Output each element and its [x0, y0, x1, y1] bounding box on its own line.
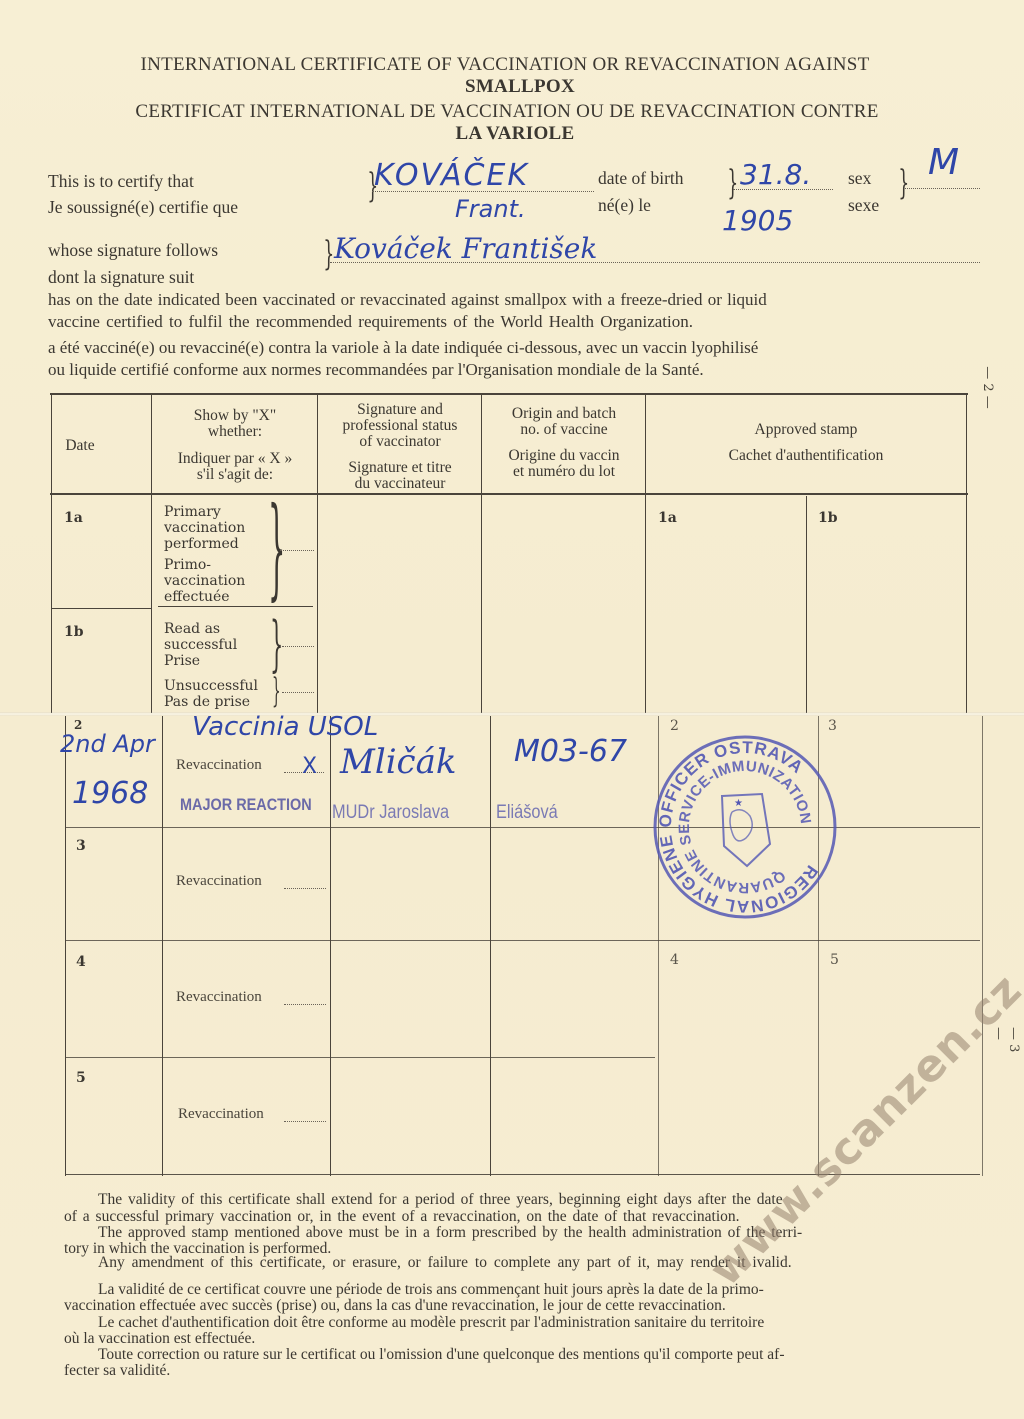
dob-year-value: 1905: [722, 204, 793, 237]
primary-vaccination-label-fr: Primo- vaccination effectuée: [164, 557, 245, 605]
header-origin-en-1: Origin and batch: [482, 406, 646, 422]
sex-label-fr: sexe: [848, 195, 879, 216]
stamp-box-5-label: 5: [830, 952, 839, 968]
header-origin-fr-2: et numéro du lot: [482, 464, 646, 480]
read-successful-label: Read as successful Prise: [164, 621, 237, 669]
note-fr-3b: fecter sa validité.: [64, 1362, 170, 1380]
watermark: www.scanzen.cz: [700, 964, 1024, 1296]
paper-fold: [0, 712, 1024, 716]
dob-label-en: date of birth: [598, 168, 684, 189]
signature-label-fr: dont la signature suit: [48, 267, 194, 288]
certify-label-fr: Je soussigné(e) certifie que: [48, 197, 238, 218]
header-show-fr-2: s'il s'agit de:: [152, 467, 318, 483]
dob-label-fr: né(e) le: [598, 195, 651, 216]
row-2-vaccine-note: Vaccinia USOL: [192, 712, 378, 742]
svg-text:★: ★: [734, 798, 743, 809]
row-4-number: 4: [76, 954, 86, 970]
unsuccessful-label: Unsuccessful Pas de prise: [164, 678, 258, 710]
row-3-revaccination-label: Revaccination: [176, 873, 262, 890]
note-en-1a: The validity of this certificate shall e…: [98, 1191, 783, 1209]
note-fr-1b: vaccination effectuée avec succès (prise…: [64, 1297, 726, 1315]
vaccinator-name-stamp-1: MUDr Jaroslava: [332, 802, 449, 824]
header-show-fr-1: Indiquer par « X »: [152, 451, 318, 467]
holder-signature: Kováček František: [334, 232, 597, 265]
stamp-box-1a-label: 1a: [658, 510, 677, 526]
title-english-line1: INTERNATIONAL CERTIFICATE OF VACCINATION…: [0, 54, 1010, 76]
row-5-mark-field[interactable]: [284, 1121, 326, 1122]
dob-day-value: 31.8.: [740, 158, 811, 191]
header-signature-en-1: Signature and: [318, 402, 482, 418]
primary-vaccination-label-en: Primary vaccination performed: [164, 504, 245, 552]
title-french-line2: LA VARIOLE: [0, 123, 1024, 145]
brace-icon: }: [323, 234, 334, 274]
header-origin-fr-1: Origine du vaccin: [482, 448, 646, 464]
certify-label-en: This is to certify that: [48, 171, 194, 192]
header-stamp-fr: Cachet d'authentification: [646, 448, 966, 464]
title-french-line1: CERTIFICAT INTERNATIONAL DE VACCINATION …: [0, 101, 1014, 123]
row-4-revaccination-label: Revaccination: [176, 989, 262, 1006]
row-2-date-line1: 2nd Apr: [60, 730, 155, 758]
vaccinator-name-stamp-2: Eliášová: [496, 802, 558, 824]
page-number-upper: — 2 —: [980, 366, 995, 409]
row-2-x-mark: X: [302, 754, 317, 779]
header-signature-en-3: of vaccinator: [318, 434, 482, 450]
brace-icon: }: [898, 163, 909, 203]
header-show-en-1: Show by "X": [152, 408, 318, 424]
row-3-mark-field[interactable]: [284, 888, 326, 889]
row-3-number: 3: [76, 838, 86, 854]
sex-field-line: [905, 188, 980, 189]
certificate-page: INTERNATIONAL CERTIFICATE OF VACCINATION…: [0, 0, 1024, 1419]
stamp-box-2-label: 2: [670, 718, 679, 734]
header-signature-fr-2: du vaccinateur: [318, 476, 482, 492]
statement-en-line2: vaccine certified to fulfil the recommen…: [48, 312, 693, 332]
primary-vaccination-mark-field[interactable]: [280, 550, 314, 551]
surname-value: KOVÁČEK: [374, 158, 529, 193]
svg-text:QUARANTINE SERVICE-IMMUNIZATIO: QUARANTINE SERVICE-IMMUNIZATION: [652, 734, 838, 920]
brace-icon: }: [727, 163, 738, 203]
stamp-box-3-label: 3: [828, 718, 837, 734]
header-date: Date: [52, 438, 108, 454]
row-4-mark-field[interactable]: [284, 1004, 326, 1005]
vaccinator-signature: Mličák: [340, 742, 456, 782]
stamp-box-4-label: 4: [670, 952, 679, 968]
brace-icon: }: [268, 492, 286, 602]
note-en-3: Any amendment of this certificate, or er…: [98, 1254, 792, 1272]
stamp-box-1b-label: 1b: [818, 510, 838, 526]
sex-value: M: [928, 142, 959, 183]
major-reaction-stamp: MAJOR REACTION: [180, 795, 312, 815]
signature-label-en: whose signature follows: [48, 240, 218, 261]
note-fr-3a: Toute correction ou rature sur le certif…: [98, 1346, 785, 1364]
row-2-revaccination-label: Revaccination: [176, 757, 262, 774]
brace-icon: }: [270, 614, 283, 674]
unsuccessful-mark-field[interactable]: [282, 692, 314, 693]
header-signature-en-2: professional status: [318, 418, 482, 434]
read-successful-mark-field[interactable]: [282, 646, 314, 647]
header-show-en-2: whether:: [152, 424, 318, 440]
title-english-line2: SMALLPOX: [0, 76, 1024, 98]
first-name-value: Frant.: [455, 195, 526, 223]
vaccine-batch-number: M03-67: [514, 734, 627, 769]
row-2-date-line2: 1968: [72, 776, 148, 811]
header-signature-fr-1: Signature et titre: [318, 460, 482, 476]
row-5-number: 5: [76, 1070, 86, 1086]
statement-fr-line1: a été vacciné(e) ou revacciné(e) contra …: [48, 338, 758, 358]
row-5-revaccination-label: Revaccination: [178, 1106, 264, 1123]
statement-en-line1: has on the date indicated been vaccinate…: [48, 290, 767, 310]
sex-label-en: sex: [848, 168, 871, 189]
header-origin-en-2: no. of vaccine: [482, 422, 646, 438]
statement-fr-line2: ou liquide certifié conforme aux normes …: [48, 360, 704, 380]
row-1a-number: 1a: [64, 510, 83, 526]
brace-icon: }: [272, 674, 281, 708]
official-quarantine-stamp: REGIONAL HYGIENE OFFICER OSTRAVA QUARANT…: [652, 734, 838, 920]
header-stamp-en: Approved stamp: [646, 422, 966, 438]
row-1b-number: 1b: [64, 624, 84, 640]
